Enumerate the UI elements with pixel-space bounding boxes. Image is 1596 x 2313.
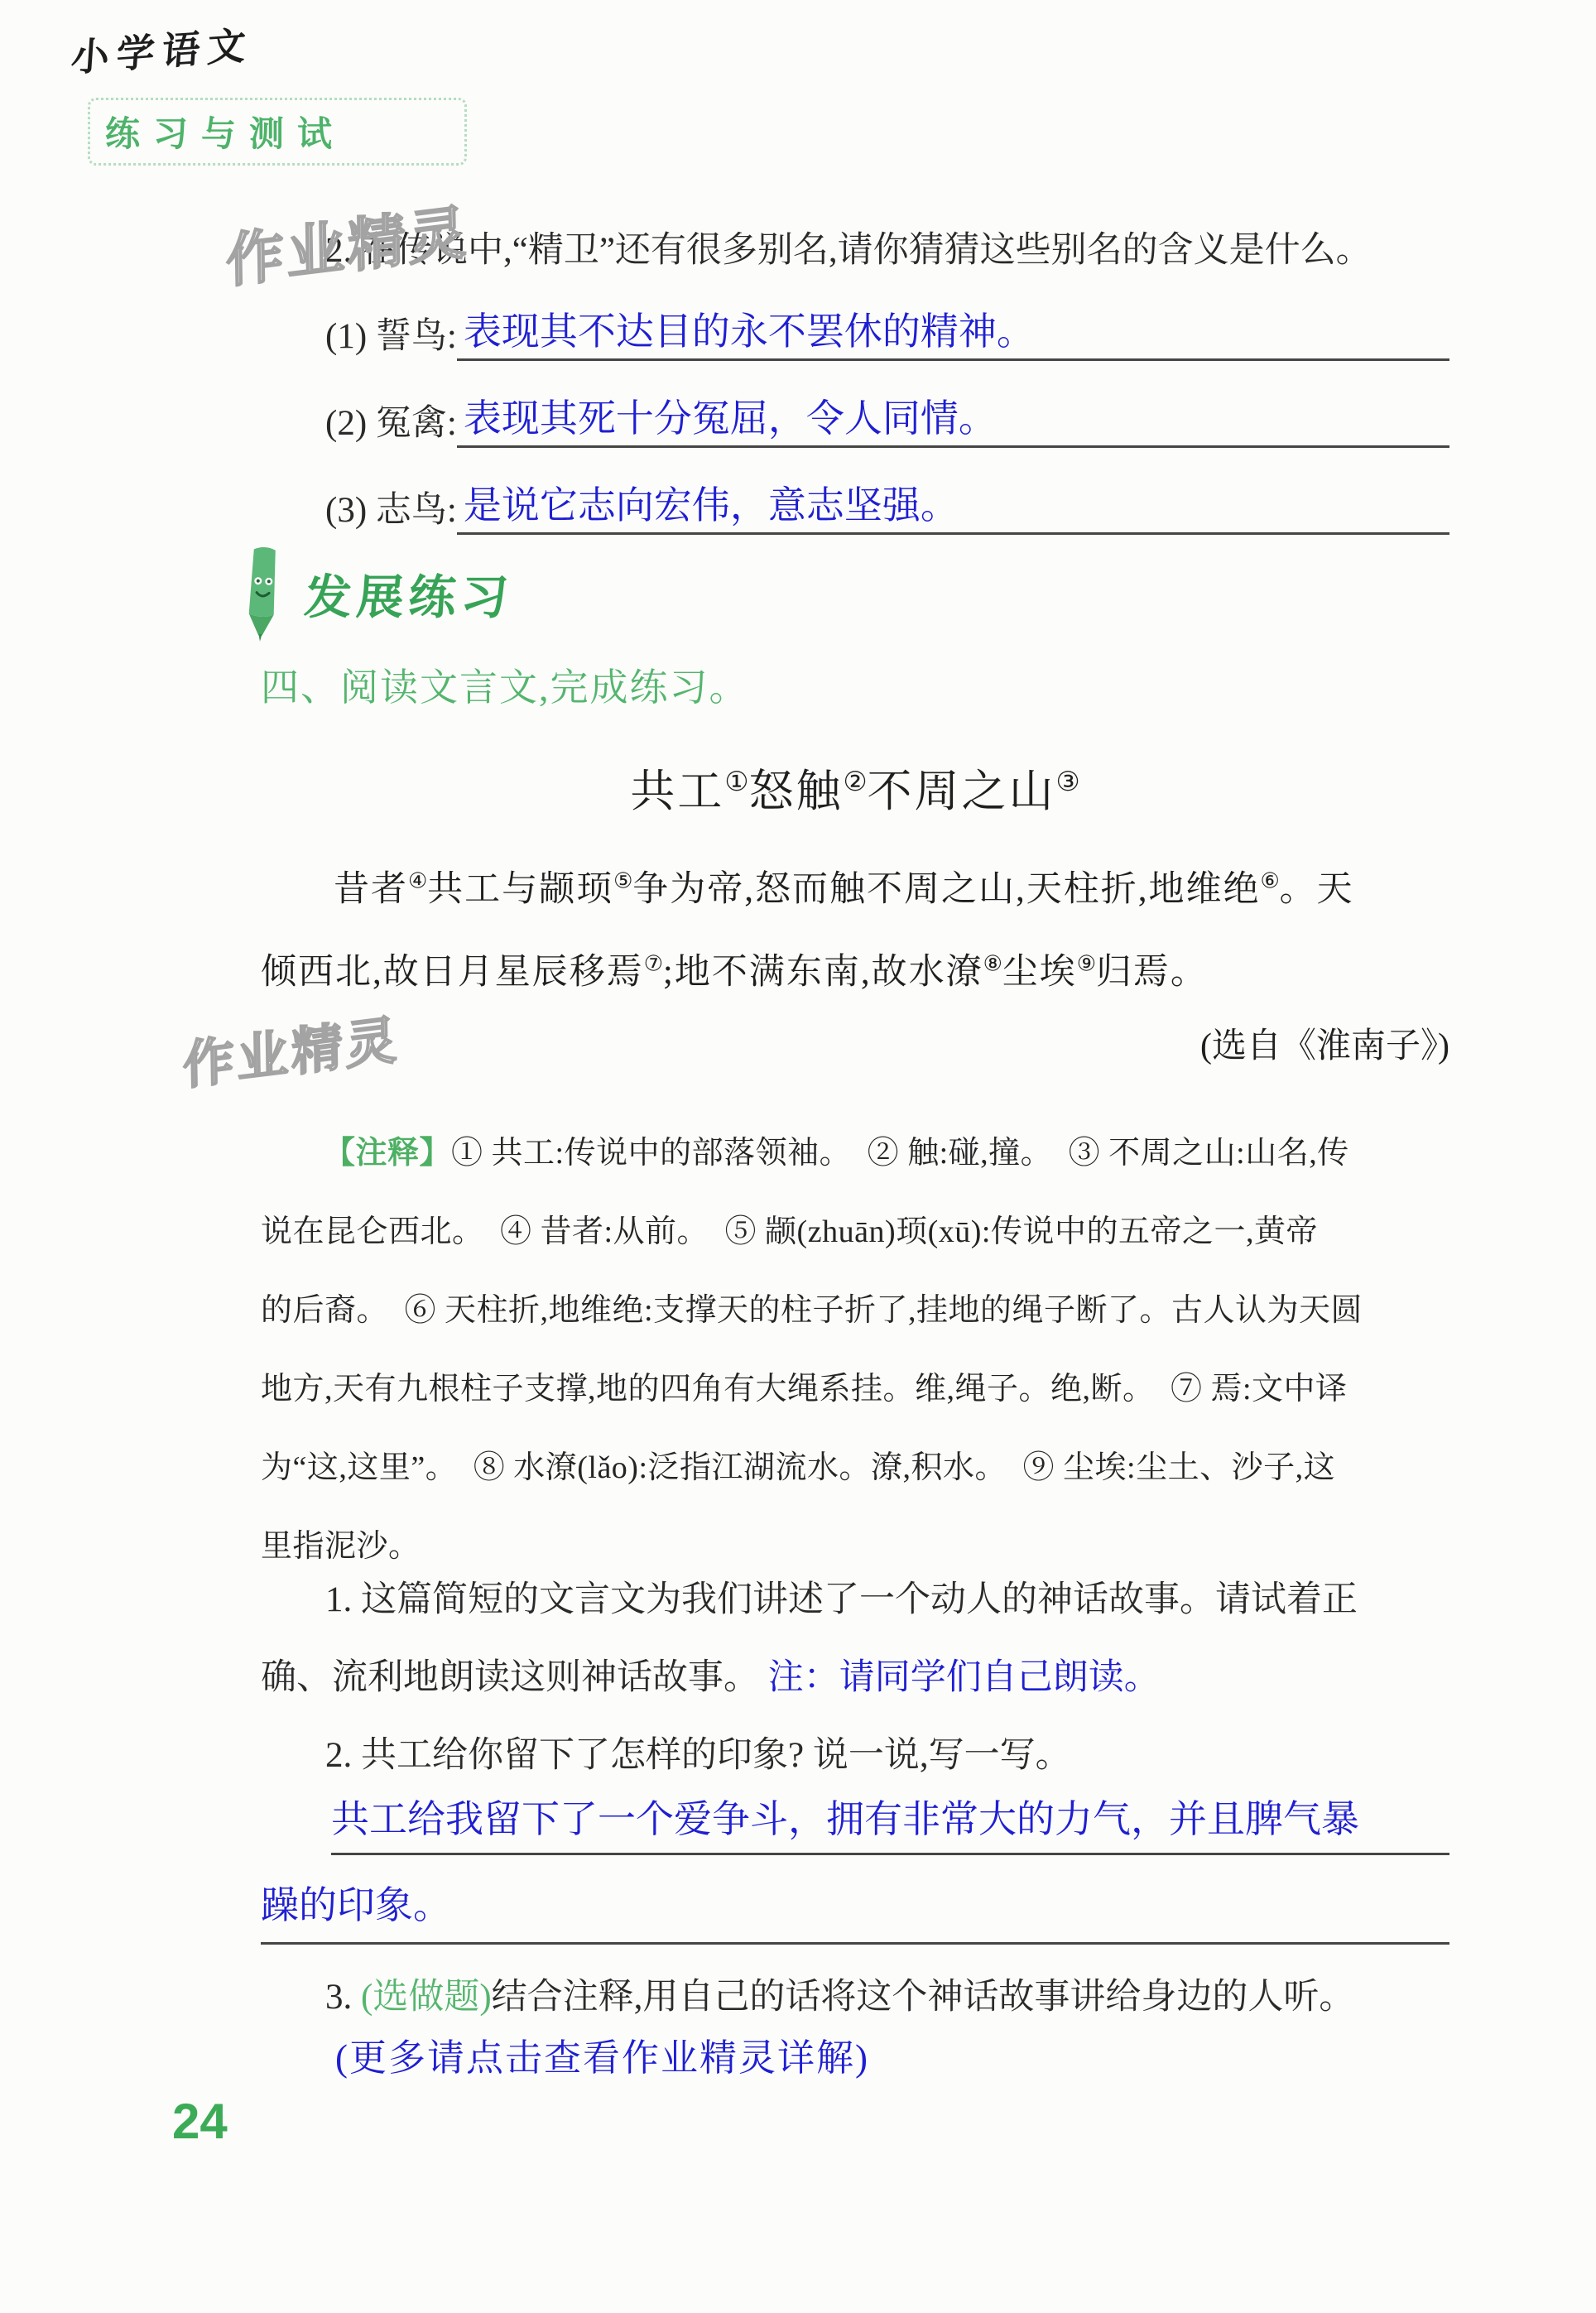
question1-line-1: 1. 这篇简短的文言文为我们讲述了一个动人的神话故事。请试着正 <box>261 1576 1449 1624</box>
section-instruction: 四、阅读文言文,完成练习。 <box>261 662 1449 714</box>
question3-stem: 3. (选做题)结合注释,用自己的话将这个神话故事讲给身边的人听。 <box>261 1974 1449 2022</box>
book-logo-title: 小学语文 <box>70 15 255 83</box>
item1-answer-field[interactable]: 表现其不达目的永不罢休的精神。 <box>457 311 1449 361</box>
book-logo-subtitle: 练习与测试 <box>90 107 345 156</box>
question1-line-2: 确、流利地朗读这则神话故事。 注：请同学们自己朗读。 <box>261 1654 1449 1702</box>
question2-item-3: (3) 志鸟: 是说它志向宏伟，意志坚强。 <box>261 478 1449 535</box>
question1-answer-note: 注：请同学们自己朗读。 <box>768 1658 1160 1697</box>
passage-line-2: 倾西北,故日月星辰移焉⑦;地不满东南,故水潦⑧尘埃⑨归焉。 <box>261 949 1449 997</box>
annotation-line-4: 地方,天有九根柱子支撑,地的四角有大绳系挂。维,绳子。绝,断。 ⑦ 焉:文中译 <box>261 1350 1449 1429</box>
question3-text: 结合注释,用自己的话将这个神话故事讲给身边的人听。 <box>492 1978 1355 2017</box>
page-number: 24 <box>172 2093 228 2150</box>
passage-source: (选自《淮南子》) <box>261 1023 1449 1070</box>
item1-label: (1) 誓鸟: <box>261 313 457 361</box>
book-logo-subtitle-box: 练习与测试 <box>88 98 467 166</box>
annotations-block: 【注释】① 共工:传说中的部落领袖。 ② 触:碰,撞。 ③ 不周之山:山名,传 … <box>261 1114 1449 1586</box>
question2b-answer-line-2[interactable]: 躁的印象。 <box>261 1881 1449 1945</box>
question2b-stem: 2. 共工给你留下了怎样的印象? 说一说,写一写。 <box>261 1732 1449 1780</box>
passage-line-1: 昔者④共工与颛顼⑤争为帝,怒而触不周之山,天柱折,地维绝⑥。天 <box>261 866 1449 914</box>
section-header: 发展练习 <box>237 545 513 642</box>
crayon-mascot-icon <box>234 543 291 643</box>
question2-item-1: (1) 誓鸟: 表现其不达目的永不罢休的精神。 <box>261 305 1449 361</box>
annotation-line-3: 的后裔。 ⑥ 天柱折,地维绝:支撑天的柱子折了,挂地的绳子断了。古人认为天圆 <box>261 1272 1449 1350</box>
passage-title: 共工①怒触②不周之山③ <box>261 762 1449 822</box>
annotation-line-1-text: ① 共工:传说中的部落领袖。 ② 触:碰,撞。 ③ 不周之山:山名,传 <box>451 1136 1349 1171</box>
item3-answer-field[interactable]: 是说它志向宏伟，意志坚强。 <box>457 485 1449 535</box>
view-details-link[interactable]: (更多请点击查看作业精灵详解) <box>261 2033 1449 2084</box>
workbook-page: 小学语文 练习与测试 作业精灵 2. 在传说中,“精卫”还有很多别名,请你猜猜这… <box>0 0 1596 2313</box>
annotation-line-5: 为“这,这里”。 ⑧ 水潦(lǎo):泛指江湖流水。潦,积水。 ⑨ 尘埃:尘土、… <box>261 1429 1449 1508</box>
watermark-text: 作业精灵 <box>182 998 401 1099</box>
annotation-line-2: 说在昆仑西北。 ④ 昔者:从前。 ⑤ 颛(zhuān)顼(xū):传说中的五帝之… <box>261 1193 1449 1272</box>
item2-answer-field[interactable]: 表现其死十分冤屈，令人同情。 <box>457 398 1449 448</box>
item3-label: (3) 志鸟: <box>261 487 457 535</box>
question2b-answer-line-1[interactable]: 共工给我留下了一个爱争斗，拥有非常大的力气，并且脾气暴 <box>331 1795 1449 1855</box>
section-header-title: 发展练习 <box>302 560 516 628</box>
question2-item-2: (2) 冤禽: 表现其死十分冤屈，令人同情。 <box>261 392 1449 448</box>
annotation-line-6: 里指泥沙。 <box>261 1508 1449 1586</box>
question1-line-2-text: 确、流利地朗读这则神话故事。 <box>261 1658 759 1697</box>
question3-number: 3. <box>325 1978 361 2017</box>
question3-optional-tag: (选做题) <box>361 1978 492 2017</box>
watermark-text: 作业精灵 <box>225 185 470 300</box>
annotation-label: 【注释】 <box>324 1136 451 1171</box>
annotation-line-1: 【注释】① 共工:传说中的部落领袖。 ② 触:碰,撞。 ③ 不周之山:山名,传 <box>261 1114 1449 1193</box>
item2-label: (2) 冤禽: <box>261 400 457 448</box>
